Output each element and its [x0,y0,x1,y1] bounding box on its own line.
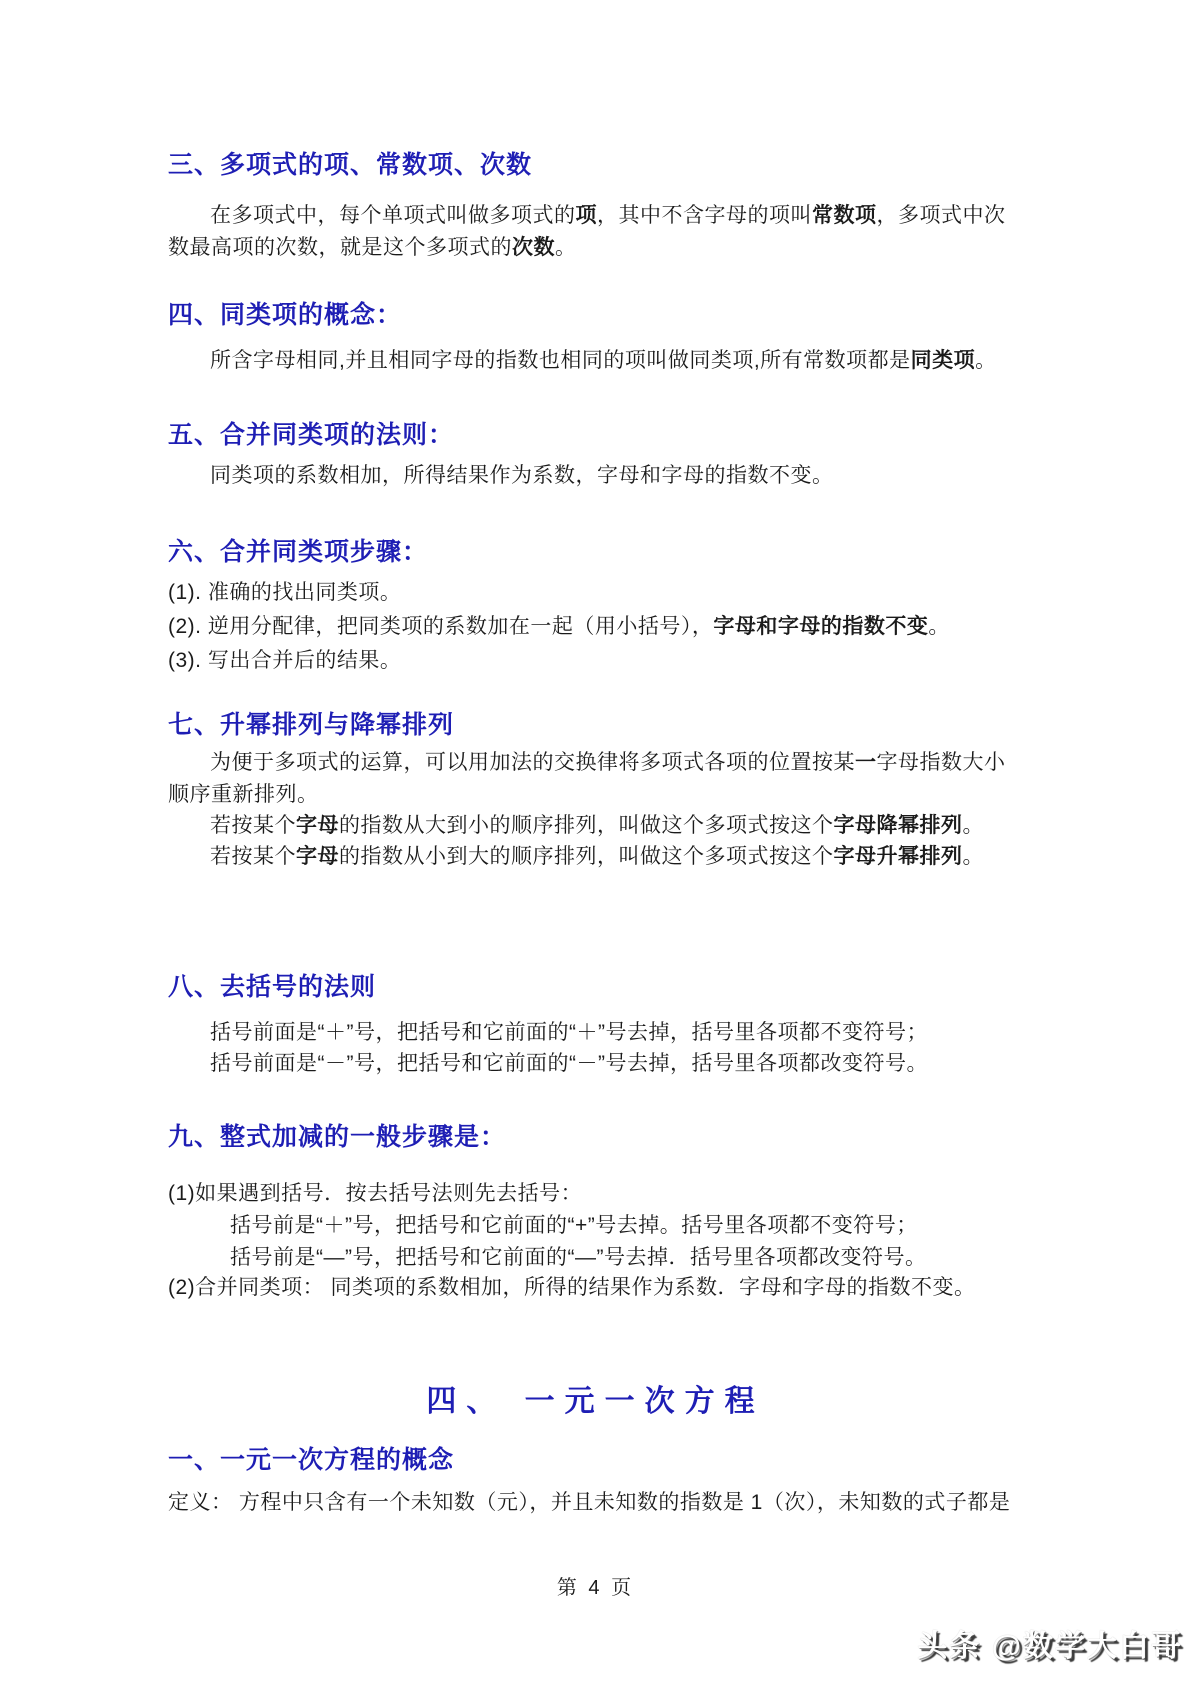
paragraph-line-ascending-order: 若按某个字母的指数从小到大的顺序排列，叫做这个多项式按这个字母升幂排列。 [168,841,1023,873]
watermark: 头条 @数学大白哥 [917,1621,1183,1665]
list-item-step-3: (3). 写出合并后的结果。 [168,645,1023,677]
step-line-1: (1)如果遇到括号．按去括号法则先去括号： [168,1178,1023,1210]
paragraph-line-plus-bracket: 括号前面是“＋”号，把括号和它前面的“＋”号去掉，括号里各项都不变符号； [168,1017,1023,1049]
heading-combine-like-terms-steps: 六、合并同类项步骤： [168,535,1023,569]
paragraph-polynomial-terms: 在多项式中，每个单项式叫做多项式的项，其中不含字母的项叫常数项，多项式中次数最高… [168,200,1023,264]
heading-polynomial-terms: 三、多项式的项、常数项、次数 [168,148,1023,182]
heading-combine-like-terms-rule: 五、合并同类项的法则： [168,418,1023,452]
definition-paragraph: 定义： 方程中只含有一个未知数（元），并且未知数的指数是 1（次），未知数的式子… [168,1487,1023,1519]
step-line-minus: 括号前是“—”号，把括号和它前面的“—”号去掉．括号里各项都改变符号。 [168,1242,1023,1274]
list-item-step-2: (2). 逆用分配律，把同类项的系数加在一起（用小括号），字母和字母的指数不变。 [168,611,1023,643]
step-line-2: (2)合并同类项： 同类项的系数相加，所得的结果作为系数．字母和字母的指数不变。 [168,1272,1023,1304]
chapter-heading-linear-equation: 四、 一元一次方程 [168,1376,1023,1420]
list-item-step-1: (1). 准确的找出同类项。 [168,577,1023,609]
step-line-plus: 括号前是“＋”号，把括号和它前面的“+”号去掉。括号里各项都不变符号； [168,1210,1023,1242]
heading-removing-brackets-rule: 八、去括号的法则 [168,970,1023,1004]
heading-like-terms-concept: 四、同类项的概念： [168,298,1023,332]
document-page: 三、多项式的项、常数项、次数 在多项式中，每个单项式叫做多项式的项，其中不含字母… [0,0,1191,1684]
heading-linear-equation-concept: 一、一元一次方程的概念 [168,1443,1023,1477]
paragraph-power-ordering: 为便于多项式的运算，可以用加法的交换律将多项式各项的位置按某一字母指数大小顺序重… [168,747,1023,811]
paragraph-combine-like-terms-rule: 同类项的系数相加，所得结果作为系数，字母和字母的指数不变。 [168,460,1023,492]
paragraph-line-descending-order: 若按某个字母的指数从大到小的顺序排列，叫做这个多项式按这个字母降幂排列。 [168,810,1023,842]
heading-integral-addsub-steps: 九、整式加减的一般步骤是： [168,1120,1023,1154]
paragraph-line-minus-bracket: 括号前面是“－”号，把括号和它前面的“－”号去掉，括号里各项都改变符号。 [168,1048,1023,1080]
paragraph-like-terms-concept: 所含字母相同,并且相同字母的指数也相同的项叫做同类项,所有常数项都是同类项。 [168,345,1023,377]
heading-power-ordering: 七、升幂排列与降幂排列 [168,708,1023,742]
page-number: 第 4 页 [168,1571,1023,1600]
